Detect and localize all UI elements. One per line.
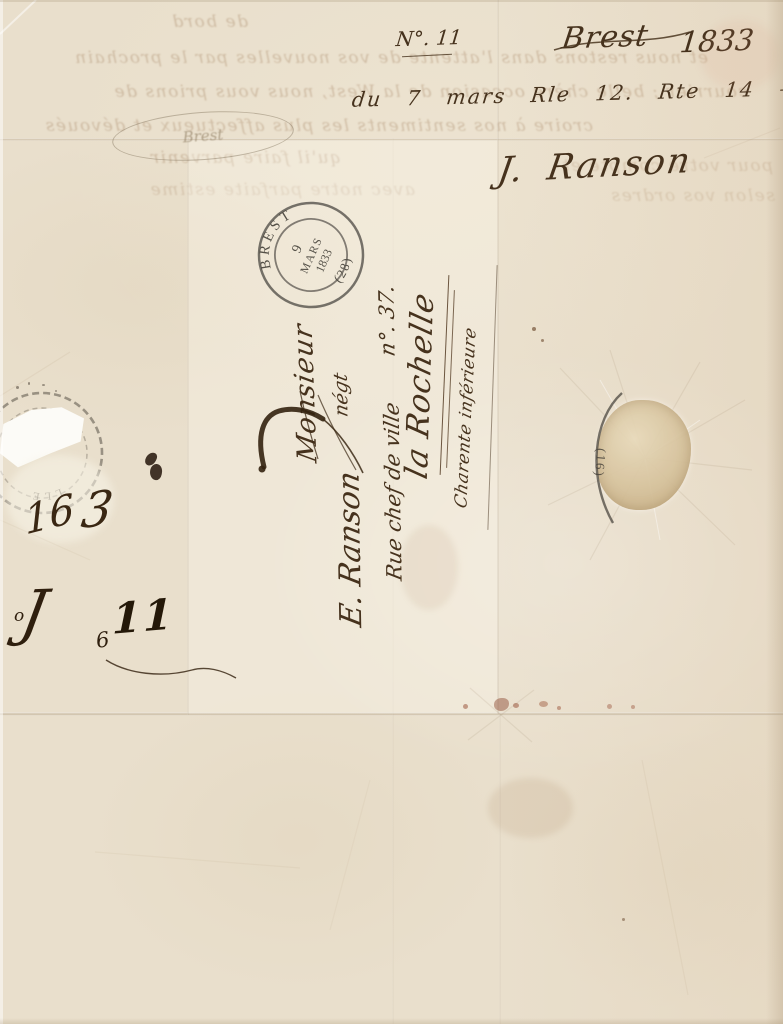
sheet-edge-bottom [0,1018,783,1024]
sheet-edge-right [766,0,783,1024]
letter-cover-scan: de bord et nous restons dans l'attente d… [0,0,783,1024]
sheet-edge-left [0,0,3,1024]
sheet-edge-top [0,0,783,2]
misc-creases [0,0,783,1024]
